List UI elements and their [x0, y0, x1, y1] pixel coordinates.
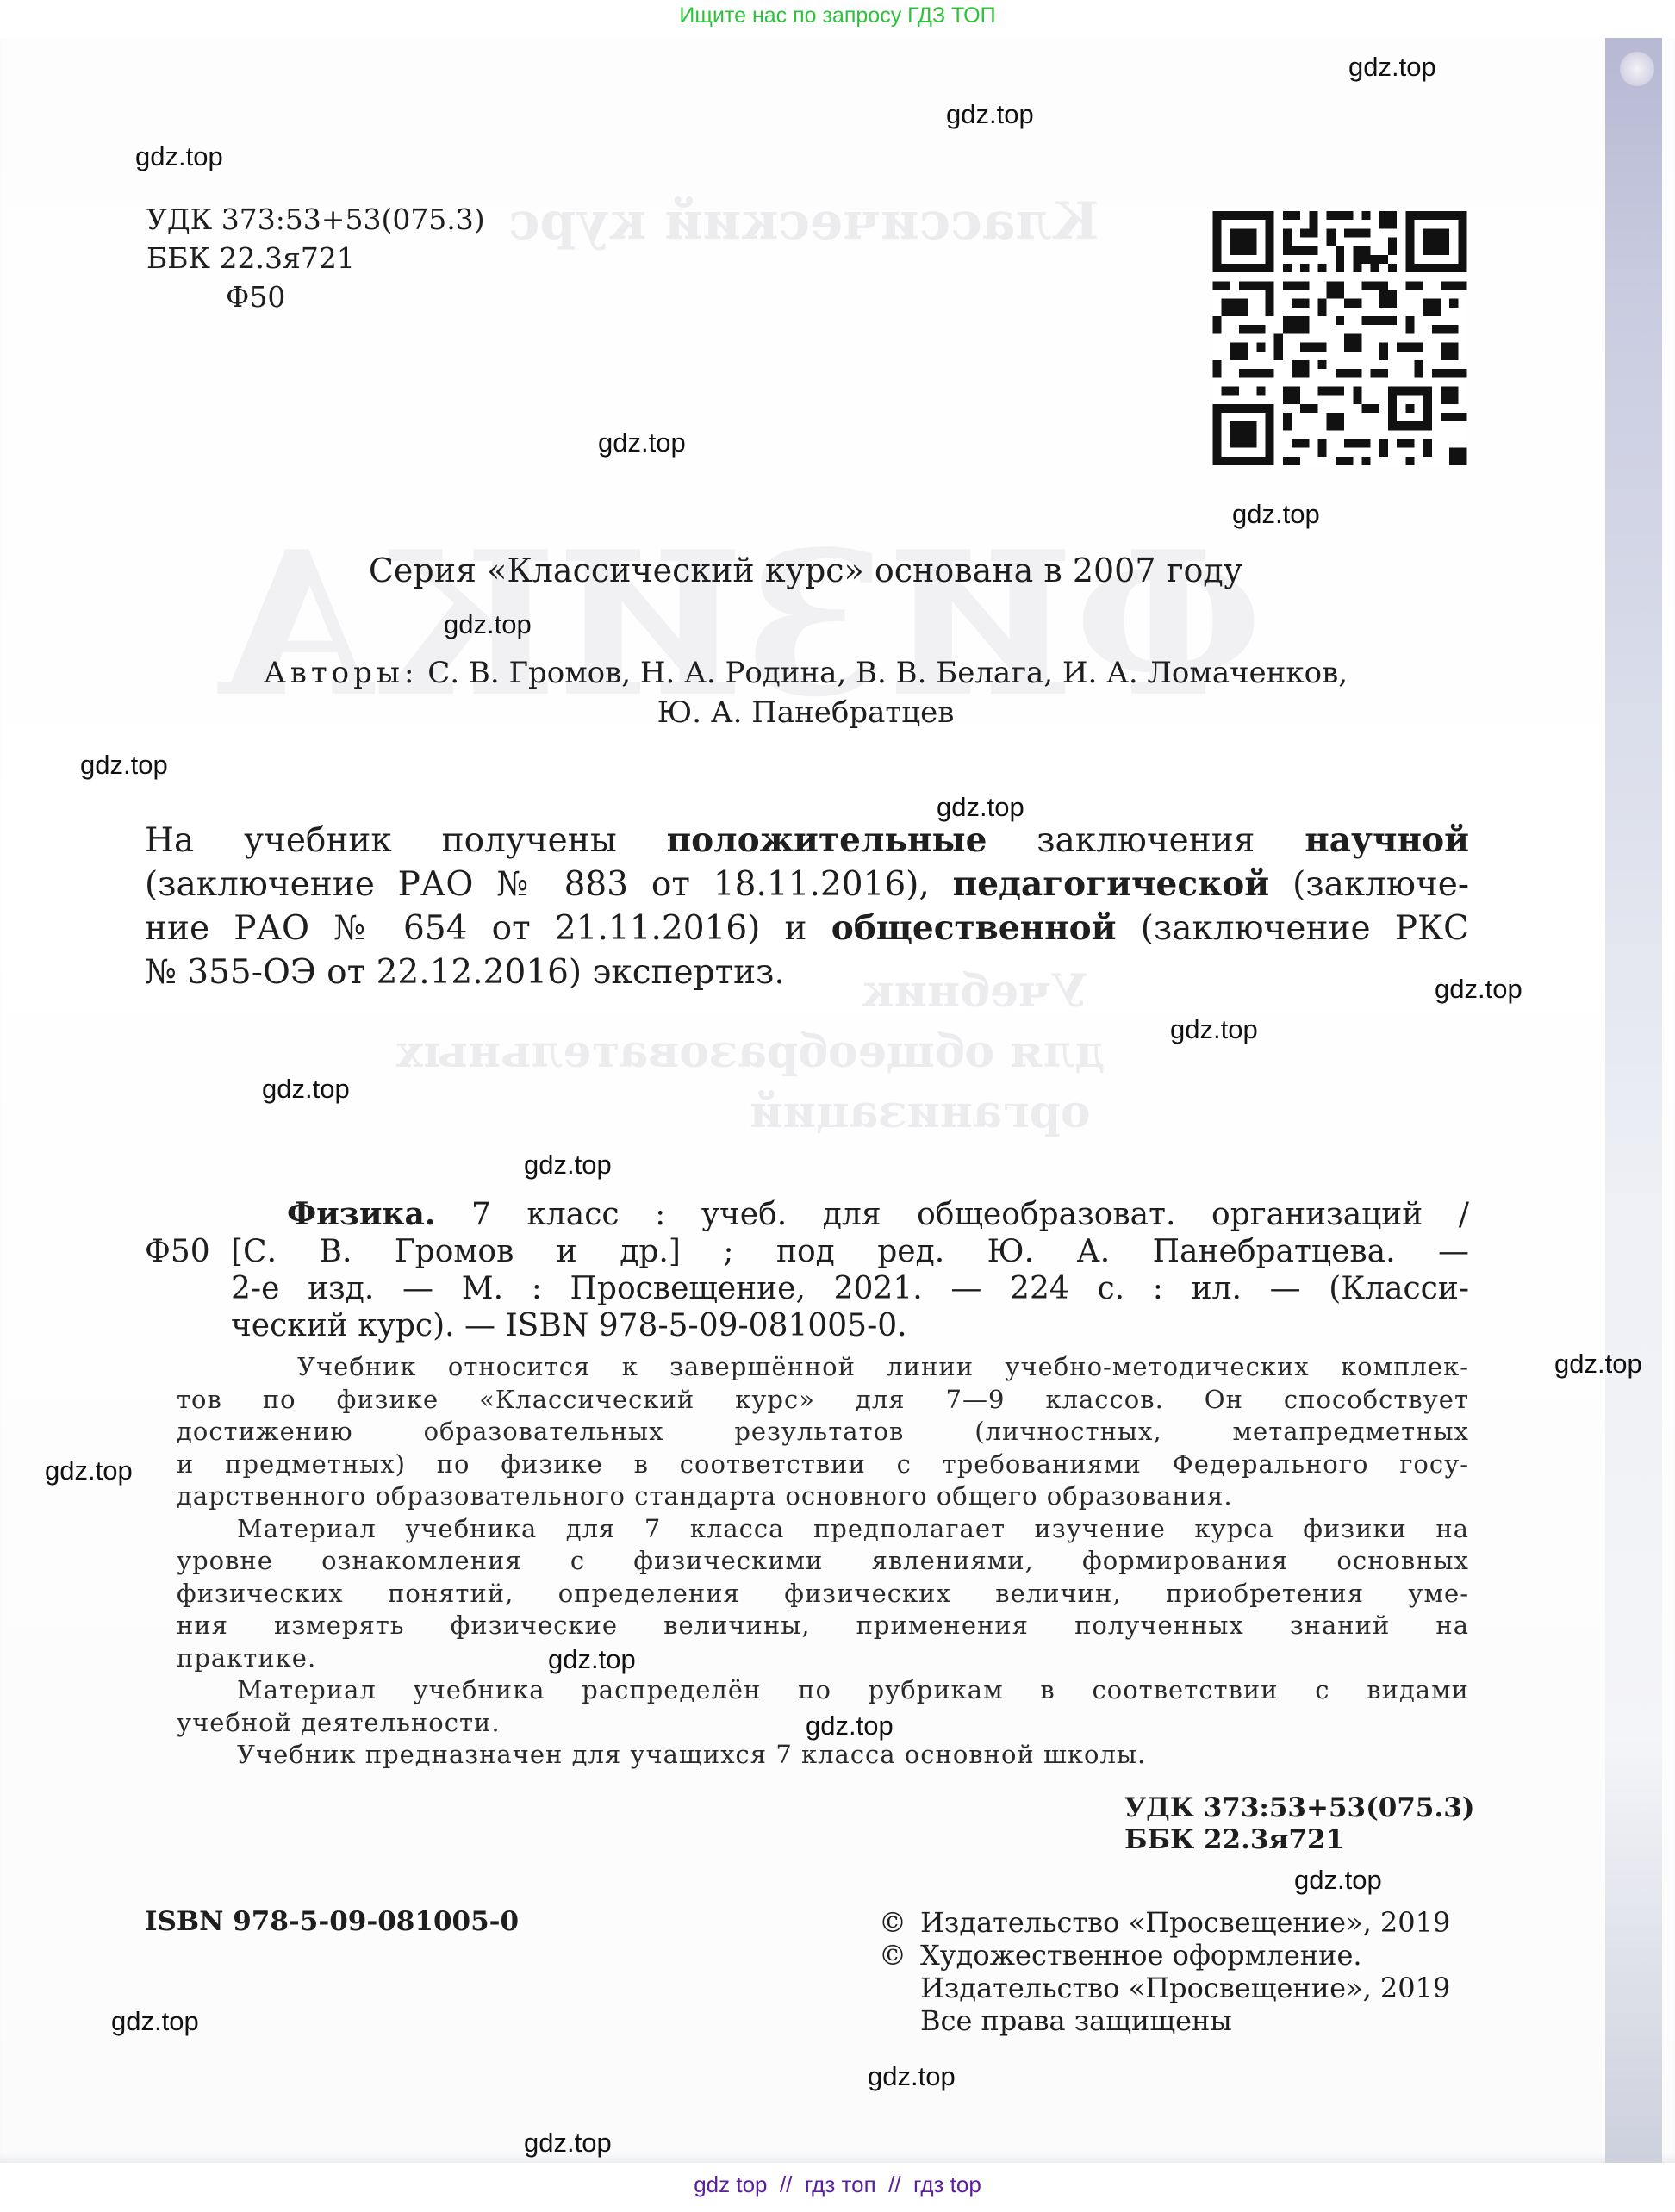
- bbk-code: ББК 22.3я721: [146, 239, 485, 277]
- annotation-line: Материал учебника распределён по рубрика…: [237, 1674, 1469, 1707]
- copyright-line: Все права защищены: [879, 2004, 1450, 2037]
- authors-names: С. В. Громов, Н. А. Родина, В. В. Белага…: [427, 656, 1348, 690]
- watermark: gdz.top: [937, 792, 1024, 823]
- text: [С. В. Громов и др.] ; под ред. Ю. А. Па…: [231, 1234, 1469, 1269]
- annotation-line: Учебник относится к завершённой линии уч…: [177, 1351, 1469, 1384]
- watermark: gdz.top: [1348, 52, 1436, 83]
- authors-line-1: Авторы: С. В. Громов, Н. А. Родина, В. В…: [0, 653, 1611, 693]
- classification-codes: УДК 373:53+53(075.3) ББК 22.3я721 Ф50: [146, 200, 485, 316]
- footer-link-gdz-top-mixed[interactable]: гдз top: [913, 2171, 981, 2197]
- author-sign: Ф50: [145, 1233, 231, 1270]
- annotation: Учебник относится к завершённой линии уч…: [237, 1351, 1469, 1772]
- expertise-line: На учебник получены положительные заключ…: [145, 819, 1469, 863]
- bbk-code: ББК 22.3я721: [1124, 1824, 1475, 1856]
- biblio-line: Ф50[С. В. Громов и др.] ; под ред. Ю. А.…: [145, 1233, 1469, 1270]
- text: Художественное оформление.: [920, 1939, 1362, 1972]
- watermark: gdz.top: [946, 99, 1034, 130]
- authors-block: Авторы: С. В. Громов, Н. А. Родина, В. В…: [0, 653, 1611, 732]
- watermark: gdz.top: [806, 1710, 894, 1742]
- watermark: gdz.top: [524, 2128, 612, 2159]
- annotation-line: дарственного образовательного стандарта …: [177, 1480, 1469, 1513]
- annotation-line: ния измерять физические величины, примен…: [177, 1610, 1469, 1642]
- annotation-line: Материал учебника для 7 класса предполаг…: [237, 1513, 1469, 1546]
- text: заключения: [987, 821, 1305, 860]
- expertise-paragraph: На учебник получены положительные заключ…: [145, 819, 1469, 994]
- watermark: gdz.top: [524, 1150, 612, 1181]
- separator: //: [888, 2171, 900, 2197]
- book-title: Физика.: [287, 1196, 435, 1232]
- cover-edge-glow: [1620, 52, 1654, 86]
- footer-links: gdz top // гдз топ // гдз top: [0, 2171, 1675, 2198]
- expertise-line: (заключение РАО № 883 от 18.11.2016), пе…: [145, 863, 1469, 907]
- text: ние РАО № 654 от 21.11.2016) и: [145, 909, 831, 948]
- text: 7 класс : учеб. для общеобразоват. орган…: [435, 1197, 1469, 1232]
- biblio-line: 2-е изд. — М. : Просвещение, 2021. — 224…: [145, 1270, 1469, 1307]
- watermark: gdz.top: [135, 141, 223, 172]
- text: (заключение РАО № 883 от 18.11.2016),: [145, 865, 953, 904]
- site-banner-text: Ищите нас по запросу ГДЗ ТОП: [0, 3, 1675, 28]
- qr-code[interactable]: [1211, 211, 1469, 465]
- cover-edge-strip: [1605, 38, 1662, 2163]
- watermark: gdz.top: [45, 1455, 133, 1486]
- annotation-line: практике.: [177, 1642, 1469, 1675]
- biblio-line: Физика. 7 класс : учеб. для общеобразова…: [145, 1196, 1469, 1233]
- copyright-line: Издательство «Просвещение», 2019: [879, 1972, 1450, 2004]
- text: На учебник получены: [145, 821, 667, 860]
- annotation-line: Учебник предназначен для учащихся 7 клас…: [237, 1739, 1469, 1772]
- authors-line-2: Ю. А. Панебратцев: [0, 693, 1611, 732]
- authors-label: Авторы:: [264, 656, 418, 690]
- bibliographic-record: Физика. 7 класс : учеб. для общеобразова…: [145, 1196, 1469, 1344]
- annotation-line: физических понятий, определения физическ…: [177, 1578, 1469, 1611]
- copyright-icon: ©: [879, 1939, 920, 1972]
- watermark: gdz.top: [1232, 499, 1320, 530]
- biblio-line: ческий курс). — ISBN 978-5-09-081005-0.: [145, 1307, 1469, 1344]
- annotation-line: тов по физике «Классический курс» для 7—…: [177, 1384, 1469, 1417]
- watermark: gdz.top: [598, 427, 686, 458]
- text: Издательство «Просвещение», 2019: [920, 1906, 1450, 1939]
- watermark: gdz.top: [1170, 1014, 1258, 1045]
- copyright-line: ©Издательство «Просвещение», 2019: [879, 1906, 1450, 1939]
- bold-text: научной: [1305, 820, 1469, 860]
- watermark: gdz.top: [1435, 974, 1522, 1005]
- isbn: ISBN 978-5-09-081005-0: [145, 1906, 519, 1937]
- copyright-block: ©Издательство «Просвещение», 2019 ©Худож…: [879, 1906, 1450, 2037]
- copyright-icon: ©: [879, 1906, 920, 1939]
- footer-link-gdz-top-ru[interactable]: гдз топ: [805, 2171, 876, 2197]
- series-line: Серия «Классический курс» основана в 200…: [0, 551, 1611, 589]
- site-banner: Ищите нас по запросу ГДЗ ТОП: [0, 0, 1675, 38]
- watermark: gdz.top: [262, 1074, 350, 1105]
- watermark: gdz.top: [111, 2006, 199, 2037]
- udk-code: УДК 373:53+53(075.3): [146, 200, 485, 239]
- watermark: gdz.top: [1294, 1865, 1382, 1896]
- expertise-line: ние РАО № 654 от 21.11.2016) и обществен…: [145, 907, 1469, 950]
- bold-text: общественной: [831, 908, 1117, 948]
- separator: //: [780, 2171, 792, 2197]
- watermark: gdz.top: [548, 1644, 636, 1675]
- text: (заключение РКС: [1117, 909, 1469, 948]
- footer-classification-codes: УДК 373:53+53(075.3) ББК 22.3я721: [1124, 1792, 1475, 1856]
- udk-code: УДК 373:53+53(075.3): [1124, 1792, 1475, 1824]
- text: (заключе-: [1269, 865, 1469, 904]
- author-sign: Ф50: [146, 277, 485, 316]
- annotation-line: достижению образовательных результатов (…: [177, 1416, 1469, 1449]
- copyright-line: ©Художественное оформление.: [879, 1939, 1450, 1972]
- bold-text: положительные: [667, 820, 987, 860]
- watermark: gdz.top: [868, 2061, 956, 2092]
- watermark: gdz.top: [80, 750, 168, 781]
- annotation-line: и предметных) по физике в соответствии с…: [177, 1449, 1469, 1481]
- footer-link-gdz-top[interactable]: gdz top: [694, 2171, 767, 2197]
- watermark: gdz.top: [1554, 1349, 1642, 1380]
- bold-text: педагогической: [953, 864, 1270, 904]
- annotation-line: уровне ознакомления с физическими явлени…: [177, 1545, 1469, 1578]
- watermark: gdz.top: [444, 609, 532, 640]
- expertise-line: № 355-ОЭ от 22.12.2016) экспертиз.: [145, 950, 1469, 994]
